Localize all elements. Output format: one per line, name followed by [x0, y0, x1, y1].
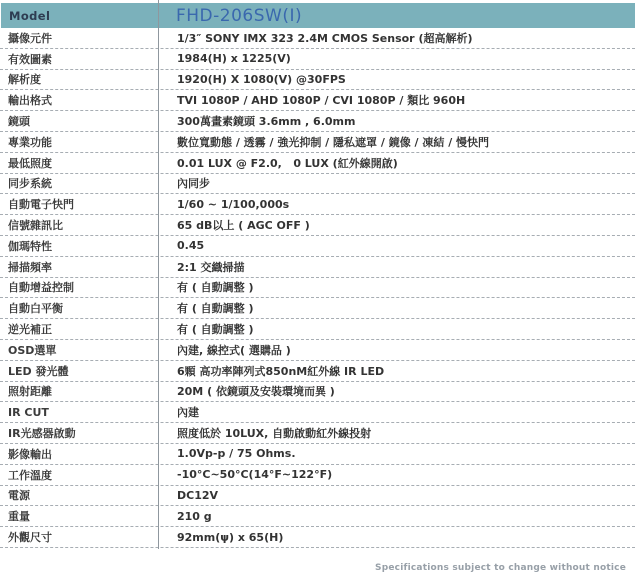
- table-row: 工作溫度 -10°C~50°C(14°F~122°F): [0, 465, 635, 486]
- column-divider: [158, 0, 159, 549]
- spec-value: 數位寬動態 / 透霧 / 強光抑制 / 隱私遮罩 / 鏡像 / 凍結 / 慢快門: [158, 134, 635, 150]
- spec-label: 掃描頻率: [0, 259, 158, 275]
- spec-value: 照度低於 10LUX, 自動啟動紅外線投射: [158, 425, 635, 441]
- spec-value: DC12V: [158, 489, 635, 502]
- footer-disclaimer: Specifications subject to change without…: [375, 563, 626, 573]
- spec-label: OSD選單: [0, 342, 158, 358]
- table-row: 同步系統 內同步: [0, 174, 635, 195]
- product-model-name: FHD-206SW(I): [176, 6, 302, 26]
- table-row: 有效圖素 1984(H) x 1225(V): [0, 49, 635, 70]
- table-row: IR光感器啟動 照度低於 10LUX, 自動啟動紅外線投射: [0, 423, 635, 444]
- spec-value: 1/3″ SONY IMX 323 2.4M CMOS Sensor (超高解析…: [158, 30, 635, 46]
- spec-value: 65 dB以上 ( AGC OFF ): [158, 217, 635, 233]
- spec-label: 輸出格式: [0, 92, 158, 108]
- spec-label: 最低照度: [0, 155, 158, 171]
- table-row: 照射距離 20M ( 依鏡頭及安裝環境而異 ): [0, 382, 635, 403]
- spec-label: 鏡頭: [0, 113, 158, 129]
- spec-value: 0.45: [158, 239, 635, 252]
- model-header-label: Model: [9, 9, 50, 23]
- spec-value: 1920(H) X 1080(V) @30FPS: [158, 73, 635, 86]
- spec-label: 信號雜訊比: [0, 217, 158, 233]
- table-row: 重量 210 g: [0, 506, 635, 527]
- spec-label: 照射距離: [0, 383, 158, 399]
- table-row: 電源 DC12V: [0, 486, 635, 507]
- spec-value: 內建: [158, 404, 635, 420]
- spec-value: 有 ( 自動調整 ): [158, 300, 635, 316]
- spec-value: 210 g: [158, 510, 635, 523]
- table-row: 自動白平衡 有 ( 自動調整 ): [0, 298, 635, 319]
- spec-sheet: Model FHD-206SW(I) 攝像元件 1/3″ SONY IMX 32…: [0, 0, 636, 584]
- spec-value: -10°C~50°C(14°F~122°F): [158, 468, 635, 481]
- table-row: 輸出格式 TVI 1080P / AHD 1080P / CVI 1080P /…: [0, 90, 635, 111]
- table-row: 攝像元件 1/3″ SONY IMX 323 2.4M CMOS Sensor …: [0, 28, 635, 49]
- table-row: 鏡頭 300萬畫素鏡頭 3.6mm , 6.0mm: [0, 111, 635, 132]
- table-row: 自動電子快門 1/60 ~ 1/100,000s: [0, 194, 635, 215]
- spec-label: 伽瑪特性: [0, 238, 158, 254]
- table-row: 影像輸出 1.0Vp-p / 75 Ohms.: [0, 444, 635, 465]
- spec-value: 1.0Vp-p / 75 Ohms.: [158, 447, 635, 460]
- spec-label: 專業功能: [0, 134, 158, 150]
- spec-value: 20M ( 依鏡頭及安裝環境而異 ): [158, 383, 635, 399]
- spec-label: 同步系統: [0, 175, 158, 191]
- spec-label: 自動增益控制: [0, 279, 158, 295]
- spec-value: 0.01 LUX @ F2.0, 0 LUX (紅外線開啟): [158, 155, 635, 171]
- table-row: 最低照度 0.01 LUX @ F2.0, 0 LUX (紅外線開啟): [0, 153, 635, 174]
- spec-value: 內建, 線控式( 選購品 ): [158, 342, 635, 358]
- spec-label: 解析度: [0, 71, 158, 87]
- table-row: LED 發光體 6顆 高功率陣列式850nM紅外線 IR LED: [0, 361, 635, 382]
- table-row: 信號雜訊比 65 dB以上 ( AGC OFF ): [0, 215, 635, 236]
- spec-value: 1/60 ~ 1/100,000s: [158, 198, 635, 211]
- table-row: 自動增益控制 有 ( 自動調整 ): [0, 278, 635, 299]
- table-row: 掃描頻率 2:1 交織掃描: [0, 257, 635, 278]
- spec-value: 2:1 交織掃描: [158, 259, 635, 275]
- spec-value: 有 ( 自動調整 ): [158, 279, 635, 295]
- table-row: 解析度 1920(H) X 1080(V) @30FPS: [0, 70, 635, 91]
- spec-value: TVI 1080P / AHD 1080P / CVI 1080P / 類比 9…: [158, 92, 635, 108]
- table-row: 伽瑪特性 0.45: [0, 236, 635, 257]
- table-row: 逆光補正 有 ( 自動調整 ): [0, 319, 635, 340]
- spec-value: 有 ( 自動調整 ): [158, 321, 635, 337]
- spec-label: 重量: [0, 508, 158, 524]
- spec-value: 內同步: [158, 175, 635, 191]
- spec-value: 92mm(ψ) x 65(H): [158, 531, 635, 544]
- model-header-cell: Model: [1, 3, 158, 28]
- table-row: 專業功能 數位寬動態 / 透霧 / 強光抑制 / 隱私遮罩 / 鏡像 / 凍結 …: [0, 132, 635, 153]
- spec-value: 300萬畫素鏡頭 3.6mm , 6.0mm: [158, 113, 635, 129]
- spec-label: 自動白平衡: [0, 300, 158, 316]
- table-row: IR CUT 內建: [0, 402, 635, 423]
- spec-label: 攝像元件: [0, 30, 158, 46]
- spec-label: 工作溫度: [0, 467, 158, 483]
- spec-label: 電源: [0, 487, 158, 503]
- spec-label: LED 發光體: [0, 363, 158, 379]
- product-header-cell: FHD-206SW(I): [158, 3, 635, 28]
- spec-label: 自動電子快門: [0, 196, 158, 212]
- spec-label: 逆光補正: [0, 321, 158, 337]
- spec-value: 1984(H) x 1225(V): [158, 52, 635, 65]
- spec-label: IR CUT: [0, 406, 158, 419]
- spec-rows: 攝像元件 1/3″ SONY IMX 323 2.4M CMOS Sensor …: [0, 28, 635, 548]
- table-header: Model FHD-206SW(I): [1, 3, 635, 28]
- table-row: OSD選單 內建, 線控式( 選購品 ): [0, 340, 635, 361]
- spec-label: 有效圖素: [0, 51, 158, 67]
- table-row: 外觀尺寸 92mm(ψ) x 65(H): [0, 527, 635, 548]
- spec-label: 外觀尺寸: [0, 529, 158, 545]
- spec-value: 6顆 高功率陣列式850nM紅外線 IR LED: [158, 363, 635, 379]
- spec-label: 影像輸出: [0, 446, 158, 462]
- spec-label: IR光感器啟動: [0, 425, 158, 441]
